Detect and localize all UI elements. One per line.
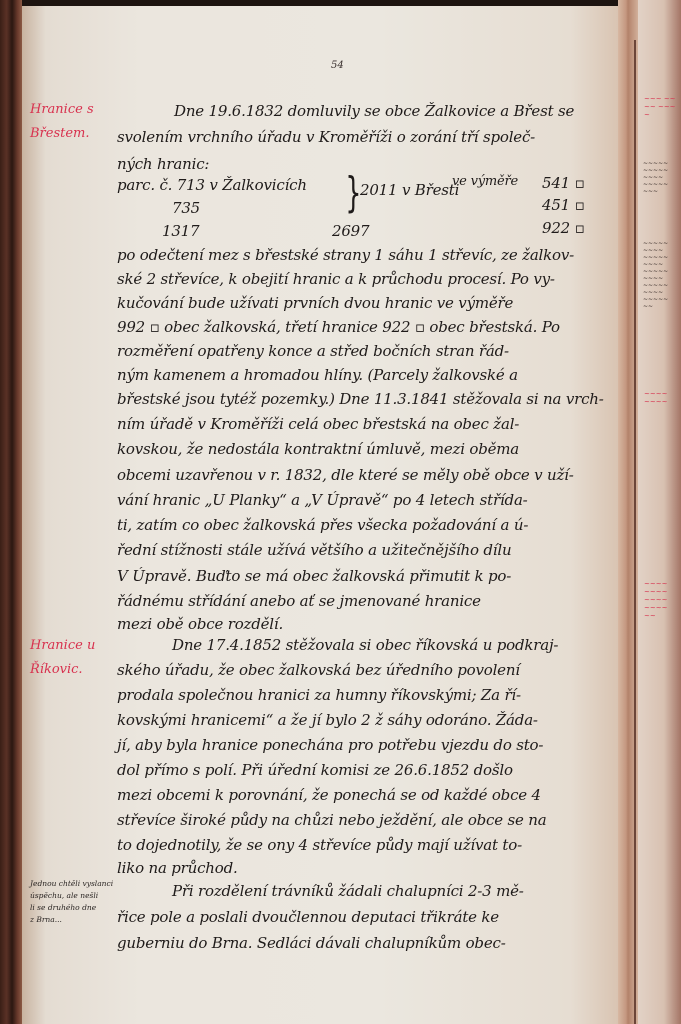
text-line: břestské jsou tytéž pozemky.) Dne 11.3.1…: [117, 390, 604, 408]
adjacent-red-note: ~~~ ~~~~ ~~~~: [644, 95, 681, 119]
text-line: liko na průchod.: [117, 859, 238, 877]
text-line: ského úřadu, že obec žalkovská bez úředn…: [117, 661, 520, 679]
text-line: ním úřadě v Kroměříži celá obec břestská…: [117, 415, 519, 433]
text-line: svolením vrchního úřadu v Kroměříži o zo…: [117, 128, 535, 146]
page-number: 54: [331, 60, 344, 71]
text-line: střevíce široké půdy na chůzi nebo ježdě…: [117, 811, 546, 829]
margin-note-line: li se druhého dne: [30, 902, 113, 914]
text-line: jí, aby byla hranice ponechána pro potře…: [117, 736, 543, 754]
text-line: vání hranic „U Planky“ a „V Úpravě“ po 4…: [117, 491, 528, 509]
text-line: guberniu do Brna. Sedláci dávali chalupn…: [117, 934, 506, 952]
margin-heading-line: Hranice s: [30, 98, 94, 122]
margin-heading-brest: Hranice s Břestem.: [30, 98, 94, 146]
parcel-label: 1317: [162, 222, 199, 240]
text-line: po odečtení mez s břestské strany 1 sáhu…: [117, 246, 574, 264]
text-line: ti, zatím co obec žalkovská přes všecka …: [117, 516, 528, 534]
text-line: Dne 17.4.1852 stěžovala si obec říkovská…: [172, 636, 558, 654]
text-line: kučování bude užívati prvních dvou hrani…: [117, 294, 513, 312]
text-line: mezi obě obce rozdělí.: [117, 615, 283, 633]
adjacent-red-note: ~~~~~~~~: [644, 390, 681, 406]
text-line: Při rozdělení trávníků žádali chalupníci…: [172, 882, 524, 900]
text-line: to dojednotily, že se ony 4 střevíce půd…: [117, 836, 522, 854]
adjacent-red-note: ~~~~~~~~~~~~~~~~~~: [644, 580, 681, 620]
text-line: kovskou, že nedostála kontraktní úmluvě,…: [117, 440, 519, 458]
text-line: řádnému střídání anebo ať se jmenované h…: [117, 592, 481, 610]
text-line: mezi obcemi k porovnání, že ponechá se o…: [117, 786, 541, 804]
brace-symbol: }: [345, 172, 361, 214]
manuscript-page: 54 Hranice s Břestem. Dne 19.6.1832 doml…: [22, 6, 618, 1024]
text-line: ným kamenem a hromadou hlíny. (Parcely ž…: [117, 366, 518, 384]
text-line: 992 ▫ obec žalkovská, třetí hranice 922 …: [117, 318, 560, 336]
text-line: ných hranic:: [117, 155, 209, 173]
margin-heading-rikovice: Hranice u Říkovic.: [30, 634, 95, 682]
parcel-area: 541 ▫: [542, 174, 585, 192]
text-line: řední stížnosti stále užívá většího a už…: [117, 541, 511, 559]
margin-note-line: z Brna...: [30, 914, 113, 926]
text-line: Dne 19.6.1832 domluvily se obce Žalkovic…: [174, 102, 574, 120]
margin-heading-line: Hranice u: [30, 634, 95, 658]
book-binding: [0, 0, 22, 1024]
margin-heading-line: Břestem.: [30, 122, 94, 146]
parcel-area: 451 ▫: [542, 196, 585, 214]
text-line: řice pole a poslali dvoučlennou deputaci…: [117, 908, 499, 926]
adjacent-text: ~~~~~~~~~~~~~~~~~~~~~~: [643, 160, 681, 195]
measure-label: ve výměře: [452, 174, 518, 189]
text-line: kovskými hranicemi“ a že jí bylo 2 ž sáh…: [117, 711, 538, 729]
text-line: prodala společnou hranici za humny říkov…: [117, 686, 521, 704]
parcel-label: parc. č. 713 v Žalkovicích: [117, 176, 307, 194]
parcel-brest: 2697: [332, 222, 369, 240]
margin-heading-line: Říkovic.: [30, 658, 95, 682]
text-line: dol přímo s polí. Při úřední komisi ze 2…: [117, 761, 513, 779]
adjacent-page-edge: ~~~ ~~~~ ~~~~ ~~~~~~~~~~~~~~~~~~~~~~ ~~~…: [638, 0, 681, 1024]
margin-note-line: Jednou chtěli vyslanci: [30, 878, 113, 890]
margin-note-line: úspěchu, ale nešli: [30, 890, 113, 902]
margin-note: Jednou chtěli vyslanci úspěchu, ale nešl…: [30, 878, 113, 926]
text-line: V Úpravě. Buďto se má obec žalkovská při…: [117, 567, 511, 585]
text-line: obcemi uzavřenou v r. 1832, dle které se…: [117, 466, 574, 484]
parcel-label: 735: [172, 199, 200, 217]
text-line: ské 2 střevíce, k obejití hranic a k prů…: [117, 270, 555, 288]
text-line: rozměření opatřeny konce a střed bočních…: [117, 342, 509, 360]
adjacent-text: ~~~~~~~~~~~~~~~~~~~~~~~~~~~~~~~~~~~~~~~~…: [643, 240, 681, 310]
gutter-fold: [634, 40, 636, 1024]
parcel-area: 922 ▫: [542, 219, 585, 237]
parcel-brest: 2011 v Břesti: [360, 181, 459, 199]
